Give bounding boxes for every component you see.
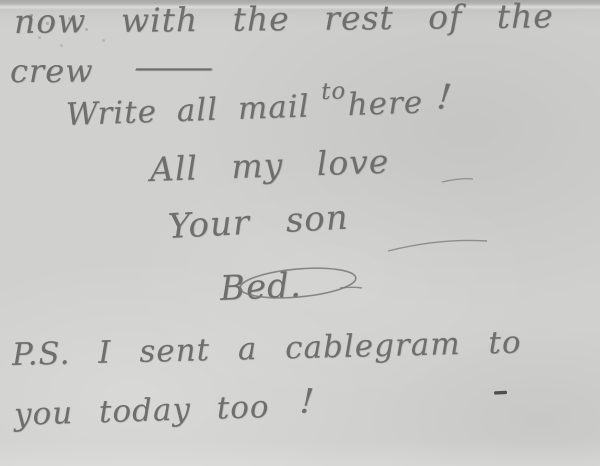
signature: Bed. (219, 265, 302, 309)
letter-line-2: crew— (10, 52, 165, 90)
love-word-tail-stroke (442, 179, 473, 182)
letter-line-1: now with the rest of the (14, 0, 554, 41)
letter-line-4-valediction: All my love (149, 142, 390, 189)
signature-flourish-tail (340, 287, 362, 288)
postscript-line-1: P.S. I sent a cablegram to (12, 325, 522, 373)
stray-pencil-mark (494, 391, 507, 395)
postscript-line-2: you today too! (13, 385, 314, 434)
postscript-line-2-text: you today too (13, 389, 270, 433)
son-word-tail-stroke (388, 240, 487, 251)
letter-line-3-exclamation: ! (435, 77, 454, 118)
letter-line-3-text-cont: here (347, 85, 424, 124)
letter-line-2-word: crew (10, 52, 94, 90)
letter-line-3-text: Write all mail (65, 89, 310, 133)
letter-line-3-inserted-word: to (321, 78, 347, 105)
letter-page: now with the rest of the crew— Write all… (0, 0, 600, 466)
paper-bottom-sheen (0, 440, 600, 466)
letter-line-5-valediction: Your son (167, 198, 350, 247)
letter-line-2-dash: — (132, 48, 218, 86)
postscript-exclamation: ! (298, 381, 316, 422)
